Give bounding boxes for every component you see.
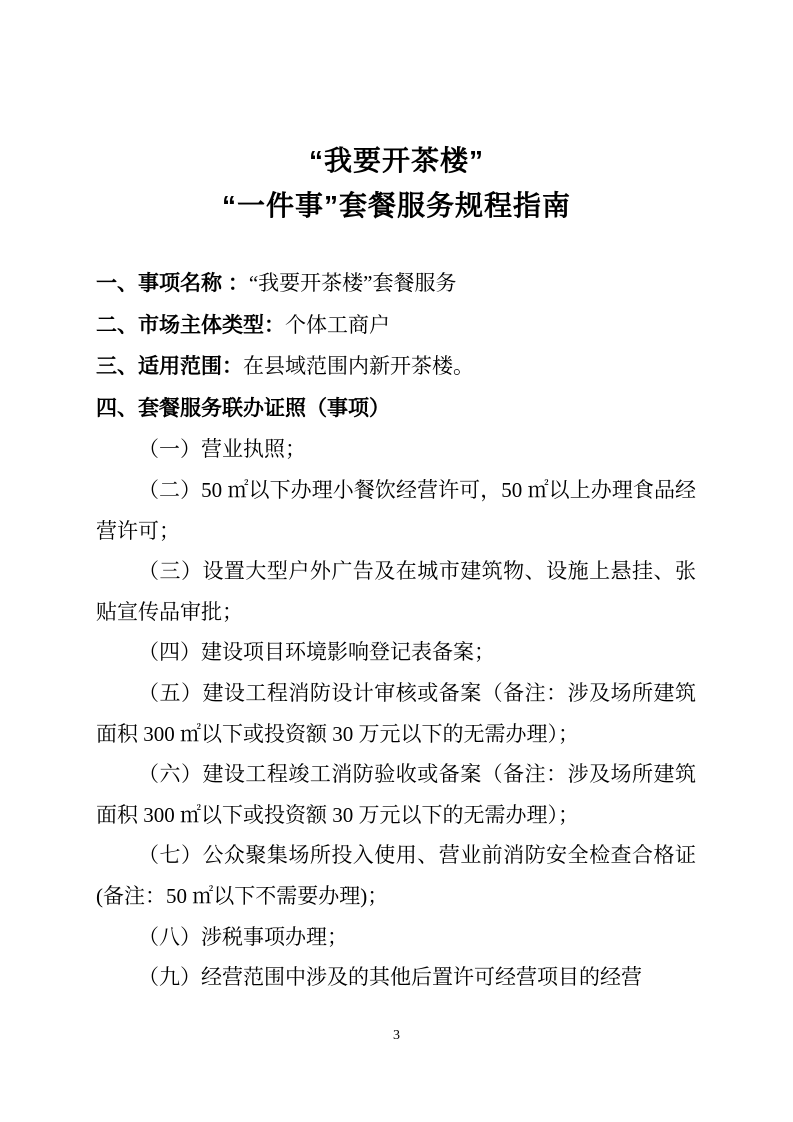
list-item: （七）公众聚集场所投入使用、营业前消防安全检查合格证(备注：50 ㎡以下不需要办…: [96, 835, 696, 916]
section-label: 一、事项名称 ：: [96, 272, 249, 295]
page-number: 3: [0, 1028, 793, 1044]
list-item: （三）设置大型户外广告及在城市建筑物、设施上悬挂、张贴宣传品审批；: [96, 551, 696, 632]
section-value: “我要开茶楼”套餐服务: [249, 271, 457, 295]
document-title: “我要开茶楼” “一件事”套餐服务规程指南: [0, 0, 793, 228]
list-item: （一）营业执照；: [96, 429, 696, 470]
list-item: （九）经营范围中涉及的其他后置许可经营项目的经营: [96, 957, 696, 998]
list-item: （八）涉税事项办理；: [96, 917, 696, 958]
section-label: 四、套餐服务联办证照（事项）: [96, 397, 390, 420]
list-item: （四）建设项目环境影响登记表备案；: [96, 632, 696, 673]
section-licenses: 四、套餐服务联办证照（事项）: [96, 388, 696, 430]
list-item: （五）建设工程消防设计审核或备案（备注：涉及场所建筑面积 300 ㎡以下或投资额…: [96, 673, 696, 754]
section-value: 个体工商户: [285, 313, 390, 337]
section-label: 二、市场主体类型：: [96, 314, 285, 337]
section-entity-type: 二、市场主体类型：个体工商户: [96, 305, 696, 347]
document-body: 一、事项名称 ：“我要开茶楼”套餐服务 二、市场主体类型：个体工商户 三、适用范…: [96, 263, 696, 998]
title-line-1: “我要开茶楼”: [0, 138, 793, 183]
section-value: 在县域范围内新开茶楼。: [243, 354, 474, 378]
section-label: 三、适用范围：: [96, 355, 243, 378]
section-scope: 三、适用范围：在县域范围内新开茶楼。: [96, 346, 696, 388]
section-item-name: 一、事项名称 ：“我要开茶楼”套餐服务: [96, 263, 696, 305]
document-page: “我要开茶楼” “一件事”套餐服务规程指南 一、事项名称 ：“我要开茶楼”套餐服…: [0, 0, 793, 1122]
list-item: （六）建设工程竣工消防验收或备案（备注：涉及场所建筑面积 300 ㎡以下或投资额…: [96, 754, 696, 835]
title-line-2: “一件事”套餐服务规程指南: [0, 183, 793, 228]
list-item: （二）50 ㎡以下办理小餐饮经营许可，50 ㎡以上办理食品经营许可；: [96, 470, 696, 551]
